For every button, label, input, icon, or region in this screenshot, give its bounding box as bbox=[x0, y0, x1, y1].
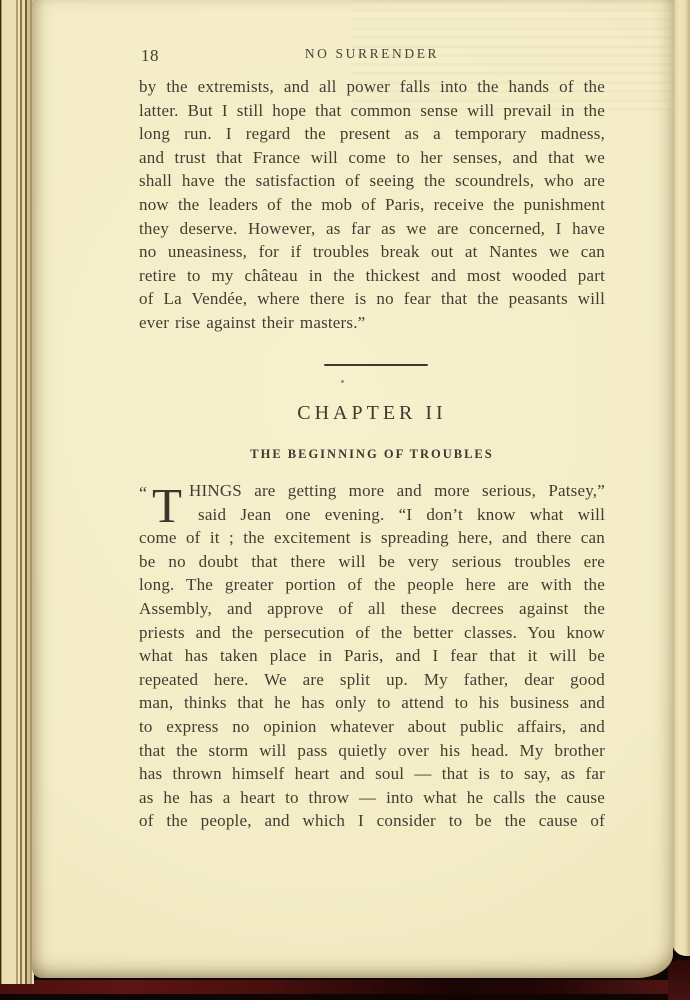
open-quote-mark: “ bbox=[139, 483, 147, 504]
page-stack-left-binding bbox=[0, 0, 34, 984]
text-line: retire to my château in the thickest and… bbox=[139, 266, 605, 290]
text-line: man, thinks that he has only to attend t… bbox=[139, 693, 605, 717]
text-line: said Jean one evening. “I don’t know wha… bbox=[139, 505, 605, 529]
text-line: latter. But I still hope that common sen… bbox=[139, 101, 605, 125]
page-number: 18 bbox=[141, 46, 159, 66]
paragraph-1: by the extremists, and all power falls i… bbox=[139, 77, 605, 337]
book-cover-bottom-edge bbox=[0, 980, 690, 994]
chapter-subtitle: THE BEGINNING OF TROUBLES bbox=[139, 447, 605, 462]
text-line: that the storm will pass quietly over hi… bbox=[139, 741, 605, 765]
drop-cap: T bbox=[152, 481, 182, 530]
text-line: shall have the satisfaction of seeing th… bbox=[139, 171, 605, 195]
text-line: of La Vendée, where there is no fear tha… bbox=[139, 289, 605, 313]
text-line: ever rise against their masters.” bbox=[139, 313, 605, 337]
text-line: by the extremists, and all power falls i… bbox=[139, 77, 605, 101]
text-line: priests and the persecution of the bette… bbox=[139, 623, 605, 647]
section-divider bbox=[324, 364, 428, 366]
text-line: and trust that France will come to her s… bbox=[139, 148, 605, 172]
chapter-heading: CHAPTER II bbox=[139, 402, 605, 425]
text-line: now the leaders of the mob of Paris, rec… bbox=[139, 195, 605, 219]
text-line: they deserve. However, as far as we are … bbox=[139, 219, 605, 243]
text-line: Assembly, and approve of all these decre… bbox=[139, 599, 605, 623]
text-line: long. The greater portion of the people … bbox=[139, 575, 605, 599]
text-line: repeated here. We are split up. My fathe… bbox=[139, 670, 605, 694]
text-line: come of it ; the excitement is spreading… bbox=[139, 528, 605, 552]
text-line: to express no opinion whatever about pub… bbox=[139, 717, 605, 741]
text-line: no uneasiness, for if troubles break out… bbox=[139, 242, 605, 266]
text-line: what has taken place in Paris, and I fea… bbox=[139, 646, 605, 670]
text-line: of the people, and which I consider to b… bbox=[139, 811, 605, 835]
running-header: NO SURRENDER bbox=[139, 46, 605, 62]
page-stack-right-edge bbox=[672, 0, 690, 956]
text-line: be no doubt that there will be very seri… bbox=[139, 552, 605, 576]
text-line: long run. I regard the present as a temp… bbox=[139, 124, 605, 148]
page-header: 18 NO SURRENDER bbox=[139, 46, 605, 66]
book-page: 18 NO SURRENDER by the extremists, and a… bbox=[32, 0, 673, 978]
print-speck bbox=[341, 380, 344, 383]
book-photo: 18 NO SURRENDER by the extremists, and a… bbox=[0, 0, 690, 1000]
paragraph-2: “ T HINGS are getting more and more seri… bbox=[139, 481, 605, 835]
book-cover-corner bbox=[668, 960, 690, 1000]
text-line: as he has a heart to throw — into what h… bbox=[139, 788, 605, 812]
text-line: HINGS are getting more and more serious,… bbox=[139, 481, 605, 505]
text-line: has thrown himself heart and soul — that… bbox=[139, 764, 605, 788]
